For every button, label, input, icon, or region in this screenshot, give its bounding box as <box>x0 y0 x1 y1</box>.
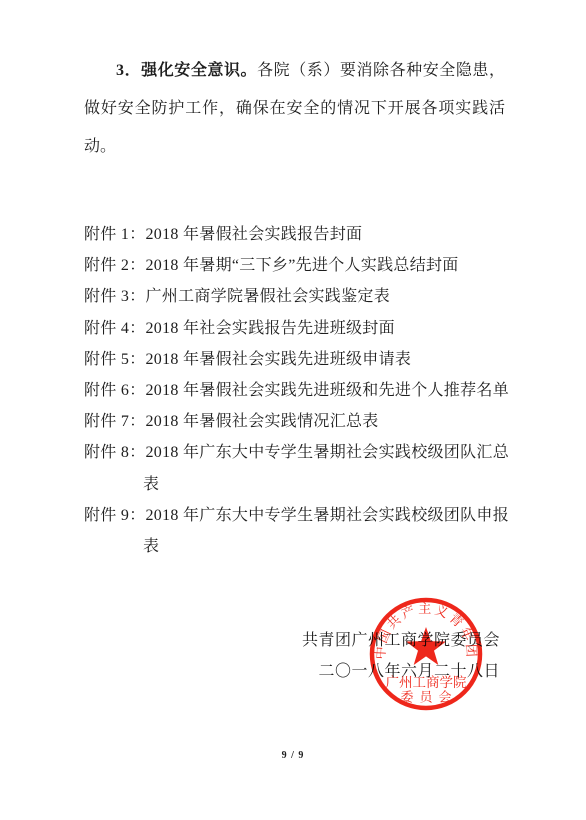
page-number: 9 / 9 <box>282 750 305 761</box>
attachment-item: 附件 1：2018 年暑假社会实践报告封面 <box>84 219 524 250</box>
attachment-line: 附件 2：2018 年暑期“三下乡”先进个人实践总结封面 <box>84 250 524 281</box>
attachment-list: 附件 1：2018 年暑假社会实践报告封面附件 2：2018 年暑期“三下乡”先… <box>84 219 524 562</box>
paragraph-text: 各院（系）要消除各种安全隐患， <box>257 62 505 79</box>
attachment-line: 附件 7：2018 年暑假社会实践情况汇总表 <box>84 406 524 437</box>
attachment-line: 附件 1：2018 年暑假社会实践报告封面 <box>84 219 524 250</box>
seal-name-line2: 委员会 <box>400 690 457 705</box>
attachment-line: 附件 3：广州工商学院暑假社会实践鉴定表 <box>84 281 524 312</box>
paragraph-line: 动。 <box>84 128 505 166</box>
paragraph-line: 3．强化安全意识。各院（系）要消除各种安全隐患， <box>84 52 505 90</box>
paragraph-bold-lead: 3．强化安全意识。 <box>116 62 257 79</box>
attachment-line: 附件 9：2018 年广东大中专学生暑期社会实践校级团队申报 <box>84 500 524 531</box>
attachment-item: 附件 8：2018 年广东大中专学生暑期社会实践校级团队汇总表 <box>84 437 524 499</box>
signature-organization: 共青团广州工商学院委员会 <box>302 625 500 656</box>
attachment-continuation-line: 表 <box>84 469 524 500</box>
attachment-item: 附件 9：2018 年广东大中专学生暑期社会实践校级团队申报表 <box>84 500 524 562</box>
attachment-line: 附件 8：2018 年广东大中专学生暑期社会实践校级团队汇总 <box>84 437 524 468</box>
signature-date: 二〇一八年六月二十八日 <box>302 656 500 687</box>
attachment-line: 附件 4：2018 年社会实践报告先进班级封面 <box>84 313 524 344</box>
attachment-item: 附件 3：广州工商学院暑假社会实践鉴定表 <box>84 281 524 312</box>
attachment-item: 附件 5：2018 年暑假社会实践先进班级申请表 <box>84 344 524 375</box>
signature-block: 共青团广州工商学院委员会 二〇一八年六月二十八日 <box>302 625 500 687</box>
attachment-item: 附件 4：2018 年社会实践报告先进班级封面 <box>84 313 524 344</box>
body-paragraph: 3．强化安全意识。各院（系）要消除各种安全隐患， 做好安全防护工作，确保在安全的… <box>84 52 505 166</box>
attachment-item: 附件 2：2018 年暑期“三下乡”先进个人实践总结封面 <box>84 250 524 281</box>
attachment-item: 附件 6：2018 年暑假社会实践先进班级和先进个人推荐名单 <box>84 375 524 406</box>
attachment-continuation-line: 表 <box>84 531 524 562</box>
attachment-line: 附件 6：2018 年暑假社会实践先进班级和先进个人推荐名单 <box>84 375 524 406</box>
attachment-item: 附件 7：2018 年暑假社会实践情况汇总表 <box>84 406 524 437</box>
attachment-line: 附件 5：2018 年暑假社会实践先进班级申请表 <box>84 344 524 375</box>
document-page: 3．强化安全意识。各院（系）要消除各种安全隐患， 做好安全防护工作，确保在安全的… <box>0 0 586 820</box>
paragraph-line: 做好安全防护工作，确保在安全的情况下开展各项实践活 <box>84 90 505 128</box>
